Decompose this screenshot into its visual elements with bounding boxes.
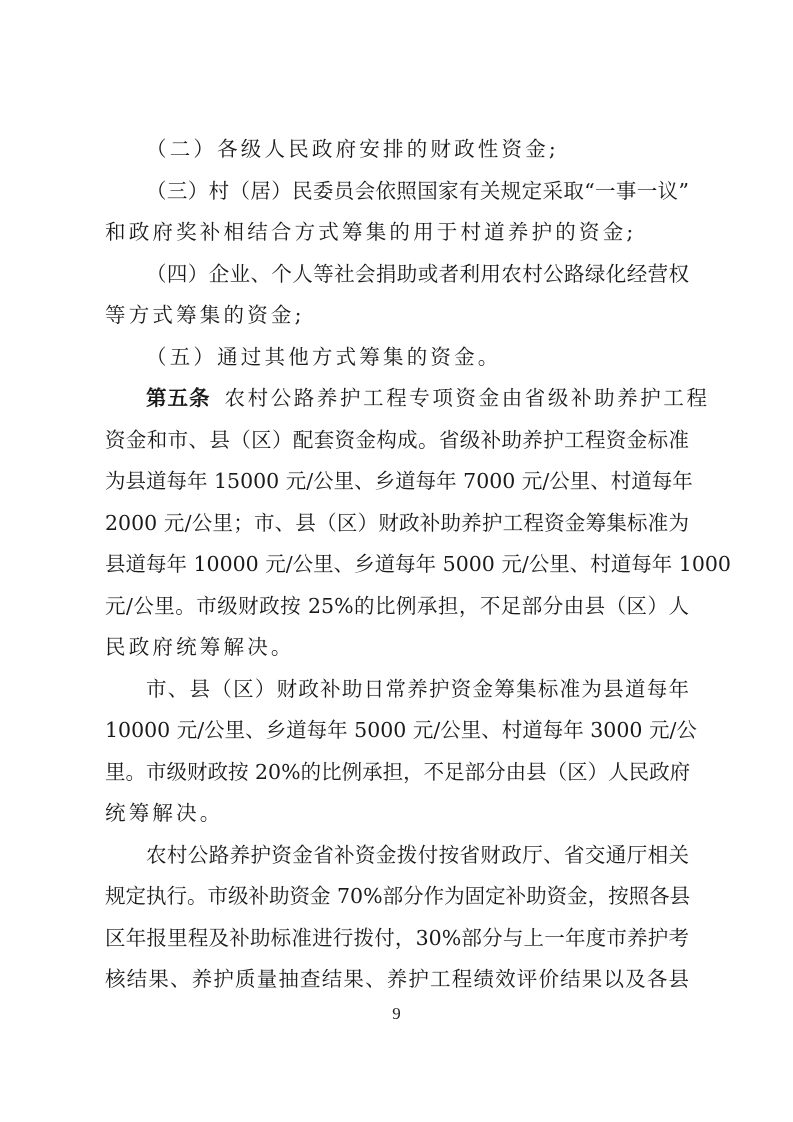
text-line: 民政府统筹解决。 [105, 632, 689, 662]
text-line: 里。市级财政按 20%的比例承担，不足部分由县（区）人民政府 [105, 757, 689, 787]
line-text: 元/公里。市级财政按 25%的比例承担，不足部分由县（区）人 [105, 594, 689, 618]
line-text: （四）企业、个人等社会捐助或者利用农村公路绿化经营权 [146, 262, 689, 286]
article-heading: 第五条 [146, 386, 211, 410]
text-line: 核结果、养护质量抽查结果、养护工程绩效评价结果以及各县 [105, 964, 689, 994]
text-line-funding-source-3: （三）村（居）民委员会依照国家有关规定采取“一事一议” [146, 176, 689, 206]
line-text: 2000 元/公里；市、县（区）财政补助养护工程资金筹集标准为 [105, 511, 689, 535]
text-line: 为县道每年 15000 元/公里、乡道每年 7000 元/公里、村道每年 [105, 466, 689, 496]
line-text: 等方式筹集的资金; [105, 303, 305, 327]
document-page: （二）各级人民政府安排的财政性资金; （三）村（居）民委员会依照国家有关规定采取… [0, 0, 793, 1122]
text-line-daily-maintenance: 市、县（区）财政补助日常养护资金筹集标准为县道每年 [146, 674, 689, 704]
line-text: 规定执行。市级补助资金 70%部分作为固定补助资金，按照各县 [105, 884, 690, 908]
line-text: 和政府奖补相结合方式筹集的用于村道养护的资金; [105, 220, 637, 244]
text-line-funding-source-3-cont: 和政府奖补相结合方式筹集的用于村道养护的资金; [105, 217, 689, 247]
line-text: 农村公路养护工程专项资金由省级补助养护工程 [225, 386, 710, 410]
page-number: 9 [0, 1004, 793, 1024]
text-line-funding-source-4: （四）企业、个人等社会捐助或者利用农村公路绿化经营权 [146, 259, 689, 289]
line-text: 县道每年 10000 元/公里、乡道每年 5000 元/公里、村道每年 1000 [105, 552, 731, 576]
text-line-article-5: 第五条农村公路养护工程专项资金由省级补助养护工程 [146, 383, 689, 413]
line-text: 10000 元/公里、乡道每年 5000 元/公里、村道每年 3000 元/公 [105, 718, 697, 742]
line-text: （三）村（居）民委员会依照国家有关规定采取“一事一议” [146, 179, 689, 203]
line-text: 农村公路养护资金省补资金拨付按省财政厅、省交通厅相关 [146, 843, 689, 867]
text-line: 区年报里程及补助标准进行拨付，30%部分与上一年度市养护考 [105, 923, 689, 953]
line-text: （五）通过其他方式筹集的资金。 [146, 345, 502, 369]
line-text: 资金和市、县（区）配套资金构成。省级补助养护工程资金标准 [105, 428, 689, 452]
text-line-funding-source-2: （二）各级人民政府安排的财政性资金; [146, 134, 689, 164]
line-text: 里。市级财政按 20%的比例承担，不足部分由县（区）人民政府 [105, 760, 690, 784]
line-text: 统筹解决。 [105, 801, 224, 825]
text-line: 规定执行。市级补助资金 70%部分作为固定补助资金，按照各县 [105, 881, 689, 911]
text-line-provincial-subsidy: 农村公路养护资金省补资金拨付按省财政厅、省交通厅相关 [146, 840, 689, 870]
text-line: 10000 元/公里、乡道每年 5000 元/公里、村道每年 3000 元/公 [105, 715, 689, 745]
line-text: （二）各级人民政府安排的财政性资金; [146, 137, 559, 161]
line-text: 民政府统筹解决。 [105, 635, 295, 659]
text-line: 2000 元/公里；市、县（区）财政补助养护工程资金筹集标准为 [105, 508, 689, 538]
text-line-funding-source-4-cont: 等方式筹集的资金; [105, 300, 689, 330]
text-line: 县道每年 10000 元/公里、乡道每年 5000 元/公里、村道每年 1000 [105, 549, 689, 579]
line-text: 核结果、养护质量抽查结果、养护工程绩效评价结果以及各县 [105, 967, 689, 991]
line-text: 市、县（区）财政补助日常养护资金筹集标准为县道每年 [146, 677, 689, 701]
text-line: 资金和市、县（区）配套资金构成。省级补助养护工程资金标准 [105, 425, 689, 455]
text-line-funding-source-5: （五）通过其他方式筹集的资金。 [146, 342, 689, 372]
text-line: 元/公里。市级财政按 25%的比例承担，不足部分由县（区）人 [105, 591, 689, 621]
text-line: 统筹解决。 [105, 798, 689, 828]
line-text: 为县道每年 15000 元/公里、乡道每年 7000 元/公里、村道每年 [105, 469, 693, 493]
line-text: 区年报里程及补助标准进行拨付，30%部分与上一年度市养护考 [105, 926, 689, 950]
